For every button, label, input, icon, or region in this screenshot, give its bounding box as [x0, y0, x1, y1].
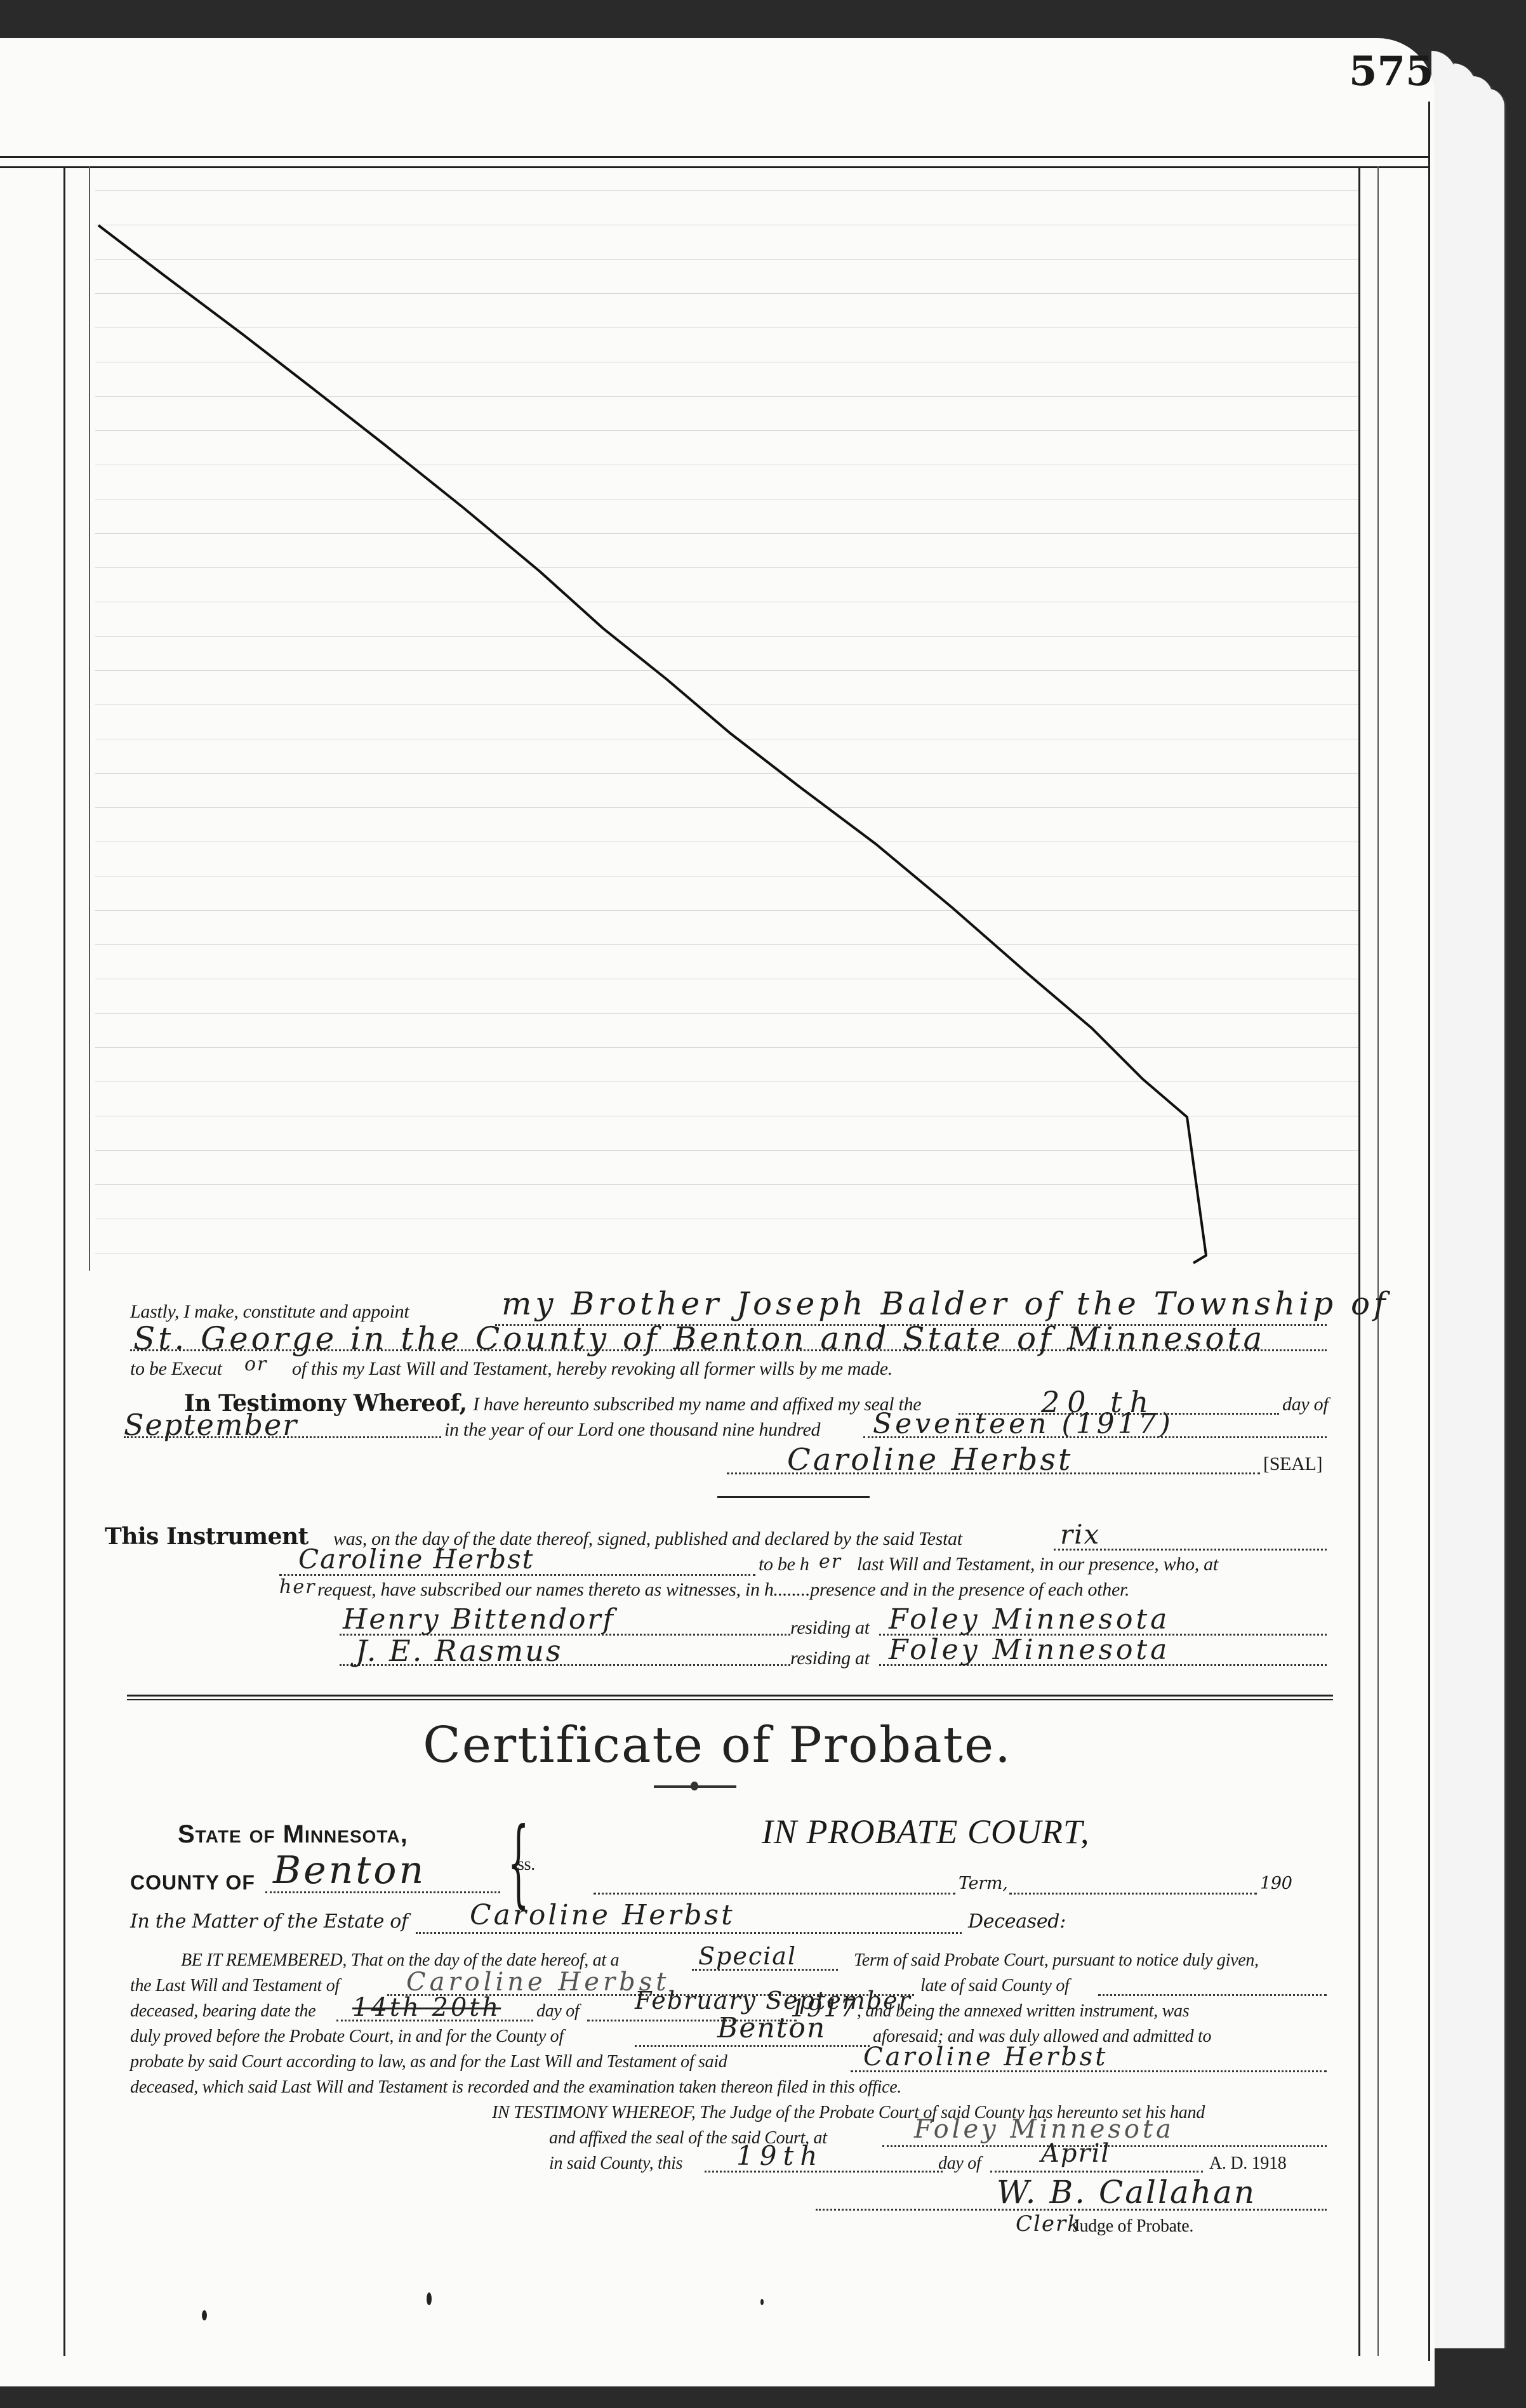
instrument-text-2b: last Will and Testament, in our presence… — [857, 1554, 1218, 1575]
year-hand: Seventeen (1917) — [873, 1408, 1174, 1440]
witness-2-residing-label: residing at — [790, 1648, 870, 1669]
certificate-divider — [127, 1699, 1333, 1700]
executor-prefix: to be Execut — [130, 1358, 222, 1380]
witness-2-residence-hand: Foley Minnesota — [889, 1634, 1170, 1666]
term-label: Term, — [959, 1874, 1007, 1893]
executor-suffix-hand: or — [244, 1353, 267, 1375]
ornament-divider — [654, 1785, 736, 1788]
lastly-label: Lastly, I make, constitute and appoint — [130, 1301, 409, 1323]
cert-day-of-2: day of — [938, 2153, 981, 2174]
judge-signature-hand: W. B. Callahan — [997, 2174, 1256, 2211]
cert-day-of: day of — [536, 2001, 579, 2021]
term-date-line — [1009, 1893, 1257, 1895]
cert-line-4a: duly proved before the Probate Court, in… — [130, 2027, 564, 2047]
term-type-hand: Special — [698, 1942, 797, 1970]
bearing-date-hand: 14th 20th — [352, 1993, 501, 2022]
county-proved-hand: Benton — [717, 2012, 826, 2044]
cert-line-2a: the Last Will and Testament of — [130, 1976, 340, 1996]
matter-label: In the Matter of the Estate of — [130, 1910, 408, 1933]
state-label: State of Minnesota, — [178, 1820, 408, 1849]
certificate-divider — [127, 1695, 1333, 1697]
certificate-title: Certificate of Probate. — [0, 1717, 1435, 1774]
month-2-line — [990, 2171, 1203, 2173]
county-proved-line — [635, 2045, 870, 2047]
deceased-label: Deceased: — [968, 1910, 1066, 1933]
ink-spot — [427, 2292, 432, 2305]
signature-title-hand: Clerk — [1016, 2211, 1082, 2237]
instrument-heading: This Instrument — [105, 1523, 309, 1550]
term-line — [594, 1893, 955, 1895]
cert-line-1b: Term of said Probate Court, pursuant to … — [854, 1950, 1259, 1971]
court-label: IN PROBATE COURT, — [762, 1812, 1089, 1851]
ink-spot — [202, 2310, 207, 2320]
cert-line-2b: late of said County of — [920, 1976, 1070, 1996]
county-of-line — [1098, 1994, 1327, 1996]
cert-line-9a: in said County, this — [549, 2153, 682, 2174]
ss-label: ss. — [517, 1855, 535, 1875]
testator-name-hand: Caroline Herbst — [298, 1544, 534, 1575]
cert-line-6: deceased, which said Last Will and Testa… — [130, 2077, 901, 2098]
testimony-text: I have hereunto subscribed my name and a… — [473, 1394, 921, 1415]
day-of-label: day of — [1282, 1394, 1328, 1415]
witness-1-name-hand: Henry Bittendorf — [343, 1603, 615, 1636]
county-hand: Benton — [273, 1848, 426, 1893]
section-divider — [717, 1496, 870, 1498]
instrument-text-3: request, have subscribed our names there… — [317, 1579, 1129, 1601]
testat-suffix-hand: rix — [1060, 1519, 1100, 1550]
ink-spot — [760, 2299, 764, 2305]
testator-signature-hand: Caroline Herbst — [787, 1442, 1073, 1478]
executor-rest: of this my Last Will and Testament, here… — [292, 1358, 892, 1380]
cert-line-5a: probate by said Court according to law, … — [130, 2052, 727, 2072]
month-hand: September — [124, 1408, 298, 1442]
year-text: in the year of our Lord one thousand nin… — [444, 1419, 820, 1441]
matter-hand: Caroline Herbst — [470, 1899, 735, 1931]
cert-line-3b: , and being the annexed written instrume… — [857, 2001, 1189, 2021]
witness-1-residence-hand: Foley Minnesota — [889, 1603, 1170, 1636]
signature-title: Judge of Probate. — [1073, 2216, 1193, 2237]
ad-year: A. D. 1918 — [1209, 2153, 1286, 2174]
executor-residence-hand: St. George in the County of Benton and S… — [133, 1320, 1265, 1357]
term-year: 190 — [1260, 1874, 1292, 1893]
this-day-hand: 19th — [736, 2140, 823, 2171]
month-2-hand: April — [1041, 2139, 1110, 2168]
cert-line-3a: deceased, bearing date the — [130, 2001, 315, 2021]
matter-line — [416, 1932, 962, 1934]
executor-name-hand: my Brother Joseph Balder of the Township… — [501, 1285, 1390, 1322]
witness-1-residing-label: residing at — [790, 1617, 870, 1639]
testament-of-hand: Caroline Herbst — [863, 2042, 1108, 2072]
seal-label: [SEAL] — [1263, 1453, 1322, 1475]
her-hand: her — [279, 1576, 315, 1598]
county-label: COUNTY OF — [130, 1871, 255, 1895]
witness-2-name-hand: J. E. Rasmus — [355, 1634, 563, 1668]
his-hand: er — [819, 1551, 842, 1573]
cancellation-line — [0, 0, 1526, 1333]
instrument-text-2a: to be h — [759, 1554, 809, 1575]
